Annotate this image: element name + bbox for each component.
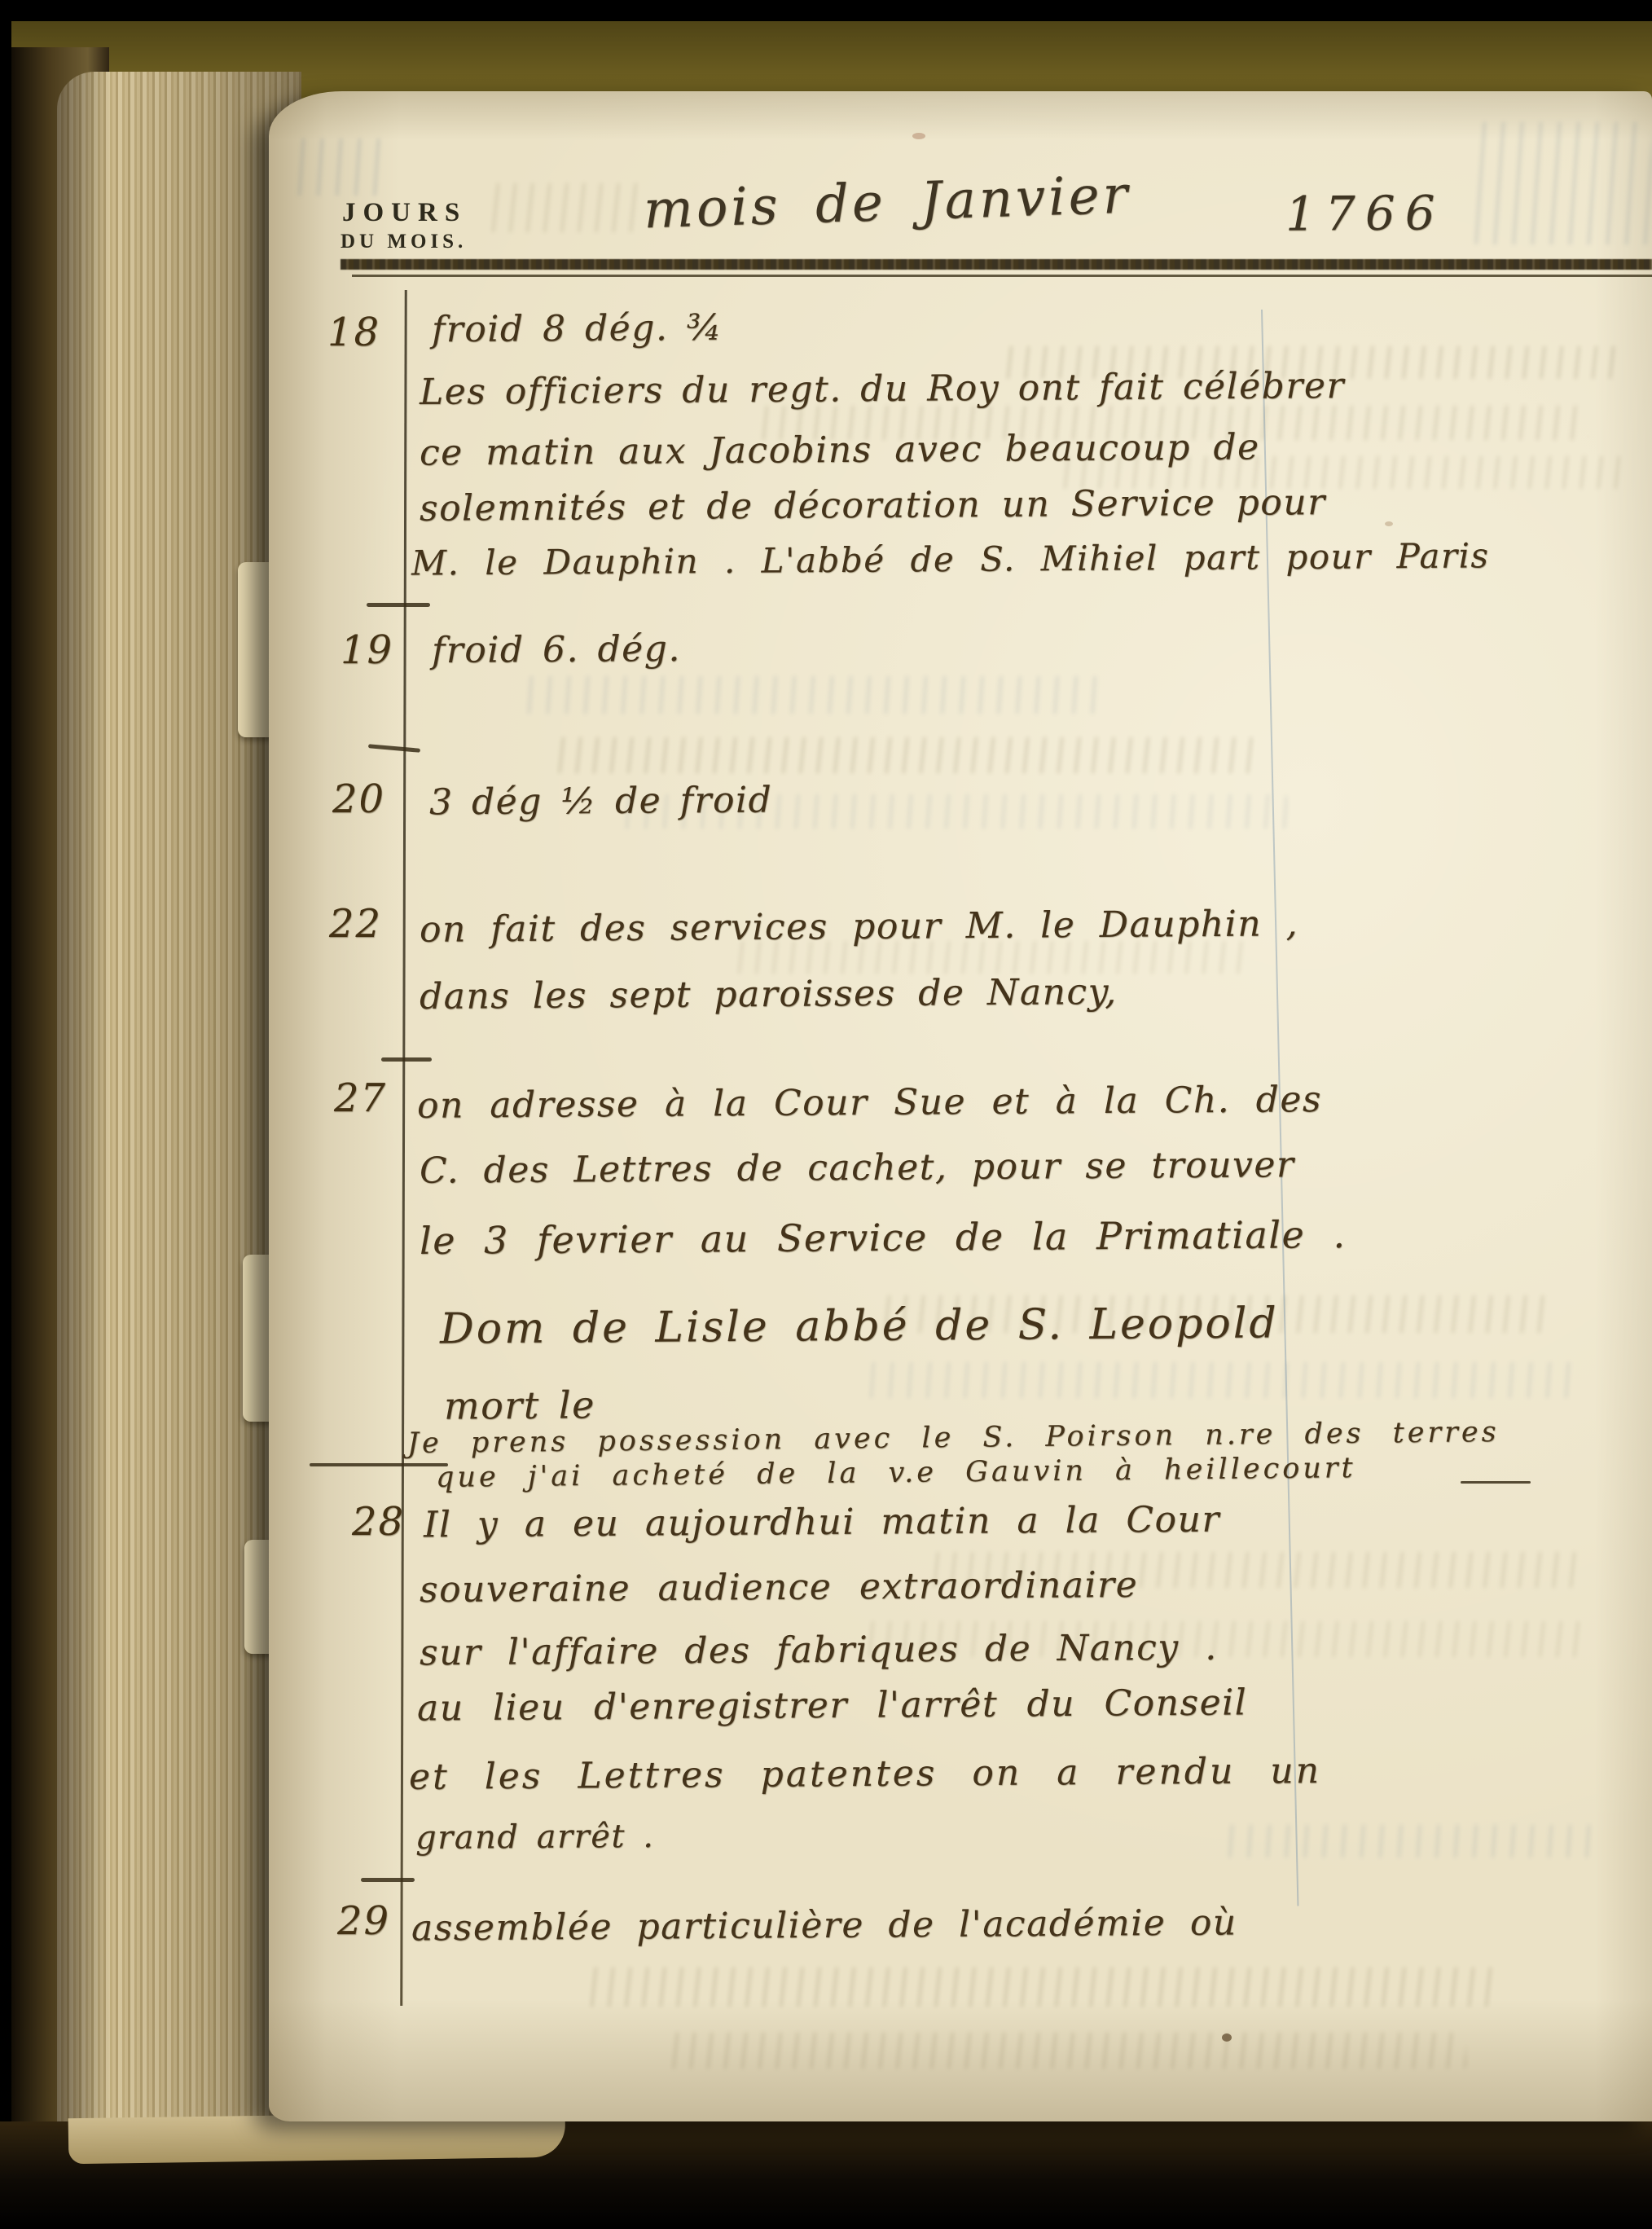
bleed-through [1222, 1825, 1597, 1857]
days-of-month-label-line1: JOURS [342, 198, 467, 228]
foxing-spot [1222, 2033, 1232, 2042]
entry-line: et les Lettres patentes on a rendu un [409, 1750, 1321, 1798]
entry-line: sur l'affaire des fabriques de Nancy . [420, 1627, 1218, 1674]
day-number: 20 [332, 776, 385, 822]
days-of-month-label-line2: DU MOIS. [341, 231, 467, 253]
year: 1766 [1285, 185, 1445, 241]
bleed-through [489, 183, 644, 232]
entry-line: souveraine audience extraordinaire [420, 1564, 1138, 1611]
bleed-through-page-number [293, 138, 383, 196]
entry-line: froid 8 dég. ¾ [432, 307, 723, 350]
bleed-through [521, 676, 1108, 714]
entry-line: on fait des services pour M. le Dauphin … [420, 903, 1298, 951]
entry-line: au lieu d'enregistrer l'arrêt du Conseil [417, 1682, 1248, 1729]
entry-line: le 3 fevrier au Service de la Primatiale… [420, 1212, 1347, 1263]
manuscript-scan: JOURS DU MOIS. mois de Janvier 1766 18 1… [0, 0, 1652, 2229]
entry-line: M. le Dauphin . L'abbé de S. Mihiel part… [411, 535, 1490, 583]
entry-line: grand arrêt . [415, 1818, 655, 1857]
day-number: 29 [337, 1898, 390, 1944]
bleed-through [863, 1362, 1580, 1398]
bleed-through [554, 737, 1254, 773]
day-number: 22 [329, 901, 382, 947]
bleed-through [1474, 122, 1652, 244]
header-rule-thin [352, 275, 1652, 277]
page-edges-stack [57, 72, 301, 2151]
entry-line: ce matin aux Jacobins avec beaucoup de [420, 426, 1260, 473]
entry-line: Il y a eu aujourdhui matin a la Cour [424, 1499, 1220, 1546]
bleed-through [668, 2033, 1466, 2069]
entry-line: Les officiers du regt. du Roy ont fait c… [420, 365, 1345, 413]
entry-line: C. des Lettres de cachet, pour se trouve… [420, 1144, 1295, 1191]
note-underline [310, 1463, 448, 1466]
entry-line: on adresse à la Cour Sue et à la Ch. des [417, 1079, 1322, 1127]
day-number: 27 [334, 1075, 387, 1121]
note-underline [1461, 1481, 1531, 1484]
foxing-spot [912, 133, 925, 139]
day-number: 19 [341, 627, 393, 673]
foxing-spot [1385, 521, 1393, 526]
entry-addendum-line: Dom de Lisle abbé de S. Leopold [440, 1299, 1279, 1353]
entry-separator [367, 603, 430, 607]
entry-addendum-line: mort le [444, 1383, 595, 1427]
entry-line: dans les sept paroisses de Nancy, [420, 971, 1118, 1018]
day-number: 28 [352, 1499, 405, 1545]
bleed-through [587, 1967, 1499, 2007]
entry-line: assemblée particulière de l'académie où [411, 1901, 1237, 1949]
entry-separator [361, 1878, 415, 1882]
entry-line: solemnités et de décoration un Service p… [420, 481, 1326, 530]
entry-separator [381, 1057, 432, 1062]
day-number: 18 [327, 310, 380, 355]
entry-line: froid 6. dég. [432, 628, 681, 671]
entry-line: 3 dég ½ de froid [429, 780, 773, 824]
header-rule-thick [341, 259, 1652, 270]
